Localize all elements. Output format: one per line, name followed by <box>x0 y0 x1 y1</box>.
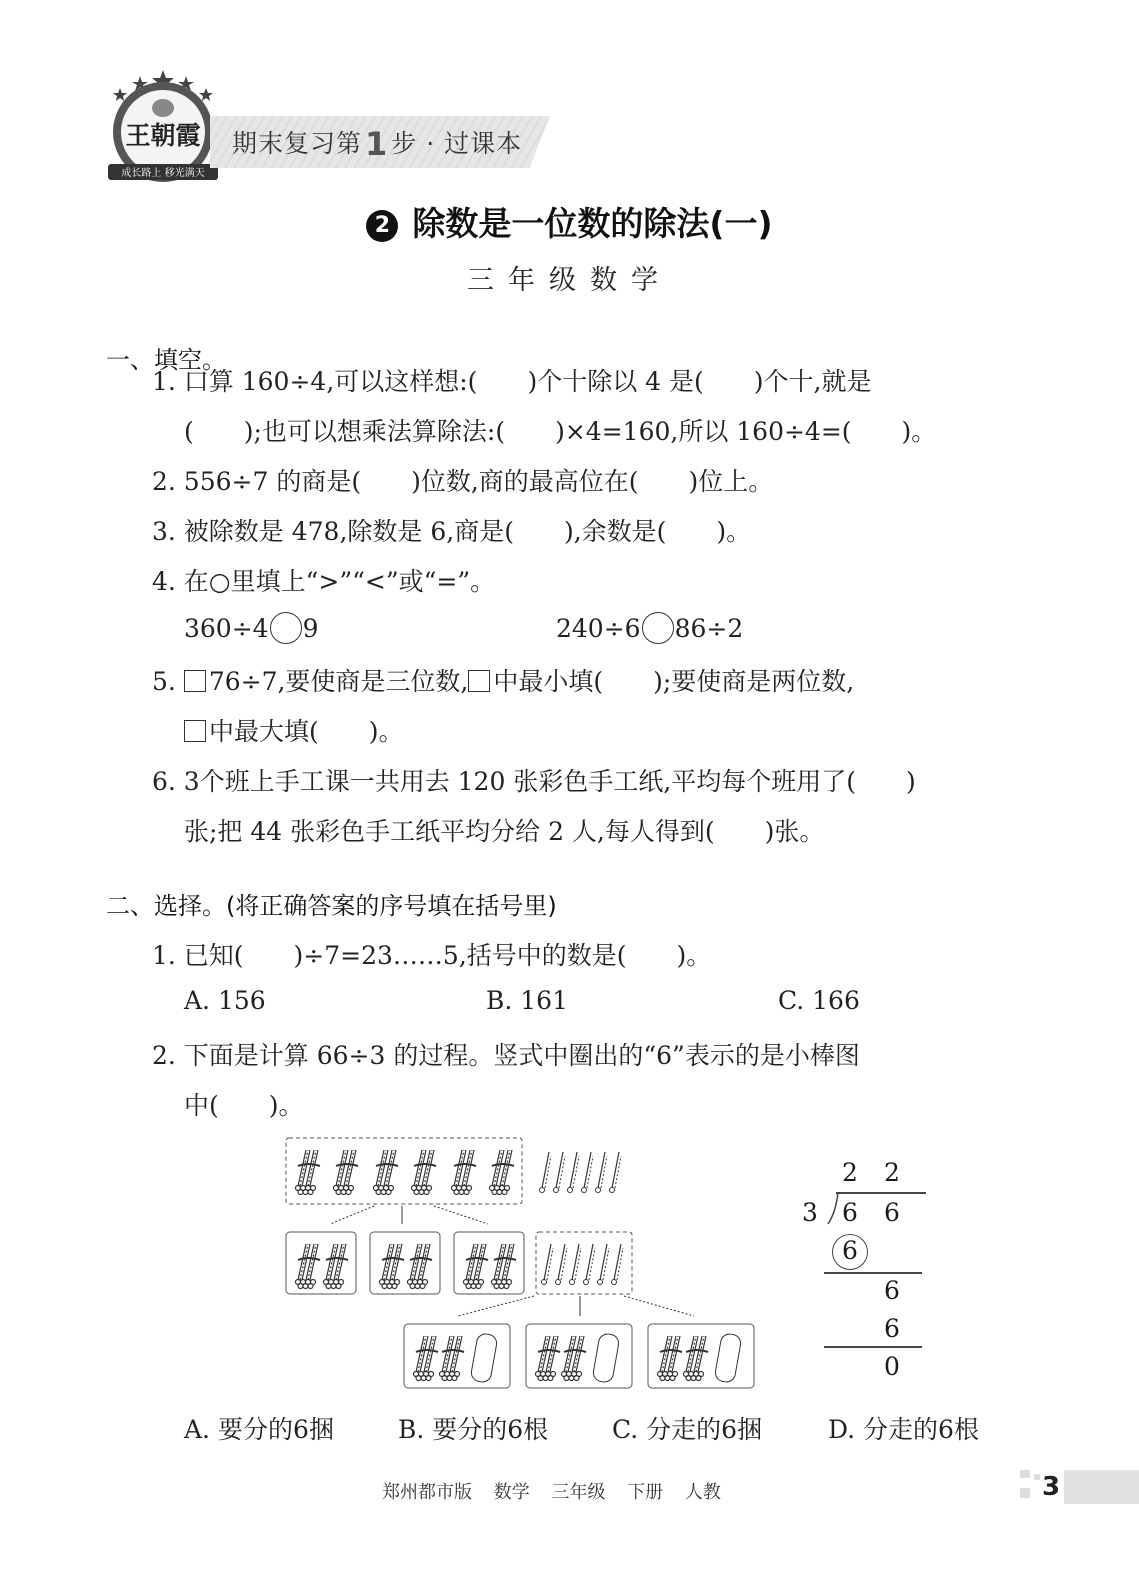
q5-text-b: 中最小填( );要使商是两位数, <box>493 667 854 696</box>
question-1-4: 4. 在○里填上“>”“<”或“=”。 <box>152 562 495 598</box>
blank-square[interactable] <box>468 670 490 692</box>
banner-suffix: 步 · 过课本 <box>391 129 522 158</box>
answer-circle-1[interactable] <box>270 612 302 644</box>
remainder: 0 <box>884 1352 900 1381</box>
answer-circle-2[interactable] <box>642 612 674 644</box>
compare-expression-1: 360÷49 <box>184 612 318 644</box>
circled-digit: 6 <box>832 1234 868 1270</box>
question-1-3: 3. 被除数是 478,除数是 6,商是( ),余数是( )。 <box>152 512 751 548</box>
page-number-block: 3 <box>1020 1470 1139 1506</box>
banner-prefix: 期末复习第 <box>232 129 362 158</box>
page-title: 2除数是一位数的除法(一) <box>0 198 1139 245</box>
option-2-2-c: C. 分走的6捆 <box>612 1410 762 1446</box>
page-number: 3 <box>1042 1472 1060 1502</box>
banner-step-number: 1 <box>365 125 388 163</box>
svg-text:成长路上 移光满天: 成长路上 移光满天 <box>121 166 204 179</box>
chapter-title: 除数是一位数的除法(一) <box>412 204 772 243</box>
question-1-6-line2: 张;把 44 张彩色手工纸平均分给 2 人,每人得到( )张。 <box>184 812 824 848</box>
dividend-digit: 6 <box>842 1198 858 1227</box>
q5-text-c: 中最大填( )。 <box>209 717 404 746</box>
question-1-2: 2. 556÷7 的商是( )位数,商的最高位在( )位上。 <box>152 462 773 498</box>
svg-text:王朝霞: 王朝霞 <box>125 121 200 150</box>
long-division: 2 2 3 6 6 6 6 6 0 <box>790 1152 940 1392</box>
step-digit: 6 <box>884 1314 900 1343</box>
question-2-2-line2: 中( )。 <box>184 1086 304 1122</box>
quotient-digit: 2 <box>842 1158 858 1187</box>
option-2-1-b: B. 161 <box>486 986 568 1015</box>
footer-edition: 郑州都市版 数学 三年级 下册 人教 <box>382 1478 721 1504</box>
blank-square[interactable] <box>184 670 206 692</box>
question-2-2-line1: 2. 下面是计算 66÷3 的过程。竖式中圈出的“6”表示的是小棒图 <box>152 1036 860 1072</box>
q5-text-a: 76÷7,要使商是三位数, <box>209 667 469 696</box>
expr2-left: 240÷6 <box>556 614 641 643</box>
expr1-left: 360÷4 <box>184 614 269 643</box>
section2-heading: 二、选择。(将正确答案的序号填在括号里) <box>106 886 557 921</box>
question-1-5-line1: 5. 76÷7,要使商是三位数,中最小填( );要使商是两位数, <box>152 662 854 698</box>
q5-number: 5. <box>152 667 176 696</box>
divisor: 3 <box>802 1198 818 1227</box>
compare-expression-2: 240÷686÷2 <box>556 612 743 644</box>
option-2-2-b: B. 要分的6根 <box>398 1410 548 1446</box>
option-2-1-c: C. 166 <box>778 986 860 1015</box>
banner-text: 期末复习第1步 · 过课本 <box>232 124 522 163</box>
page-subtitle: 三年级数学 <box>0 258 1139 297</box>
stick-bundle-diagram <box>284 1136 760 1392</box>
brand-logo: 王朝霞 成长路上 移光满天 <box>104 68 222 186</box>
option-2-2-d: D. 分走的6根 <box>828 1410 979 1446</box>
question-2-1: 1. 已知( )÷7=23……5,括号中的数是( )。 <box>152 936 711 972</box>
question-1-1-line1: 1. 口算 160÷4,可以这样想:( )个十除以 4 是( )个十,就是 <box>152 362 871 398</box>
division-bar <box>836 1192 926 1194</box>
expr1-right: 9 <box>303 614 319 643</box>
step-digit: 6 <box>884 1276 900 1305</box>
question-1-5-line2: 中最大填( )。 <box>184 712 404 748</box>
division-rule <box>824 1272 922 1274</box>
question-1-6-line1: 6. 3个班上手工课一共用去 120 张彩色手工纸,平均每个班用了( ) <box>152 762 916 798</box>
chapter-number-badge: 2 <box>366 210 398 242</box>
blank-square[interactable] <box>184 720 206 742</box>
division-rule <box>824 1346 922 1348</box>
quotient-digit: 2 <box>884 1158 900 1187</box>
option-2-1-a: A. 156 <box>184 986 266 1015</box>
question-1-1-line2: ( );也可以想乘法算除法:( )×4=160,所以 160÷4=( )。 <box>184 412 936 448</box>
option-2-2-a: A. 要分的6捆 <box>184 1410 334 1446</box>
expr2-right: 86÷2 <box>675 614 744 643</box>
dividend-digit: 6 <box>884 1198 900 1227</box>
